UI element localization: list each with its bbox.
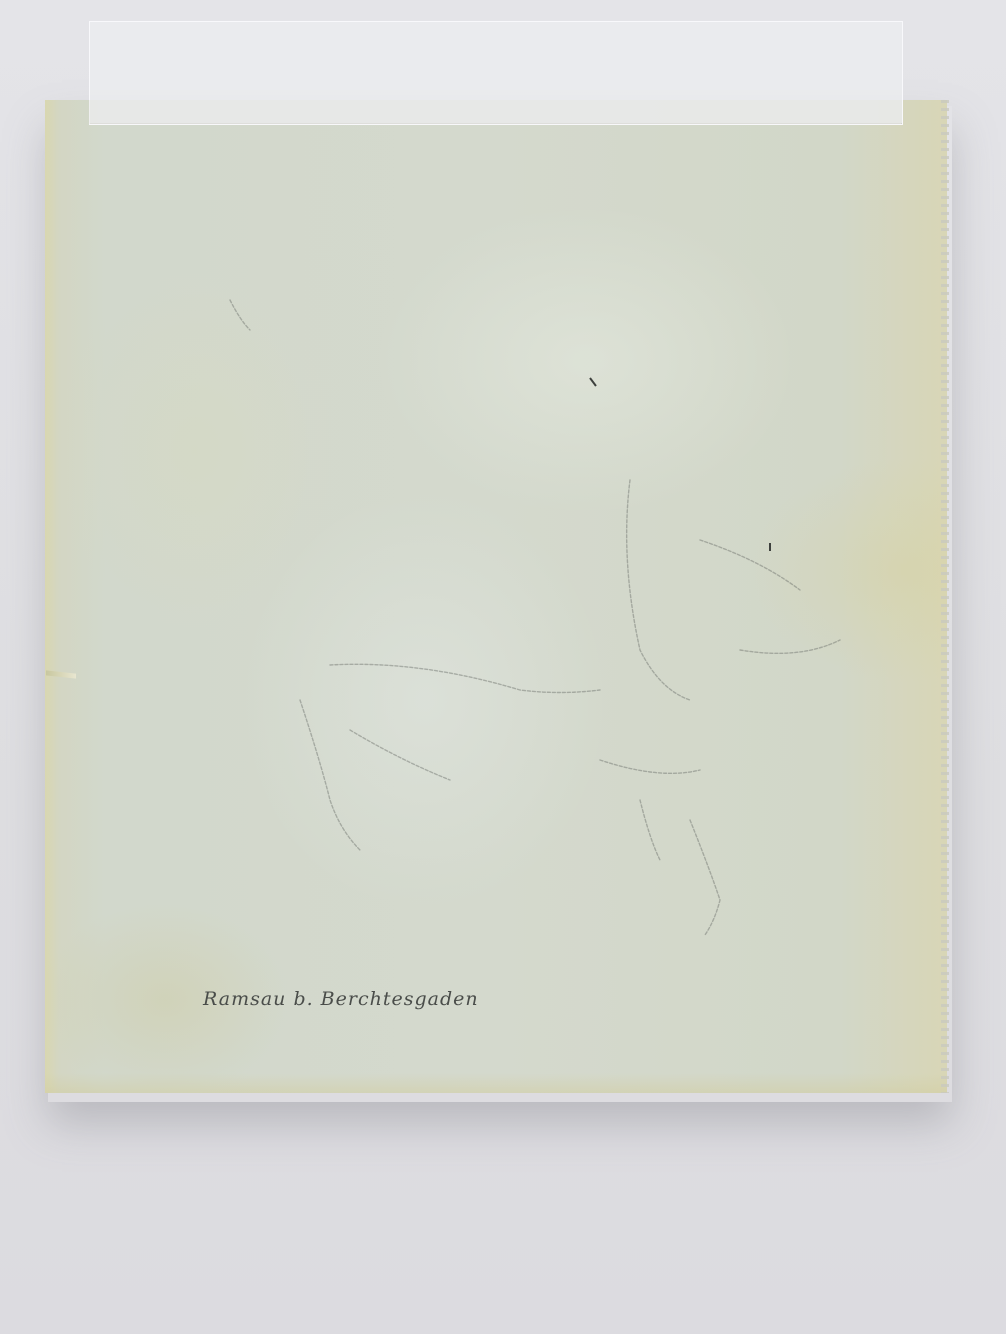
pencil-inscription: Ramsau b. Berchtesgaden	[203, 988, 479, 1010]
perforated-edge	[941, 100, 949, 1093]
tape-overlap	[89, 100, 901, 124]
paper-sheet	[45, 100, 947, 1093]
